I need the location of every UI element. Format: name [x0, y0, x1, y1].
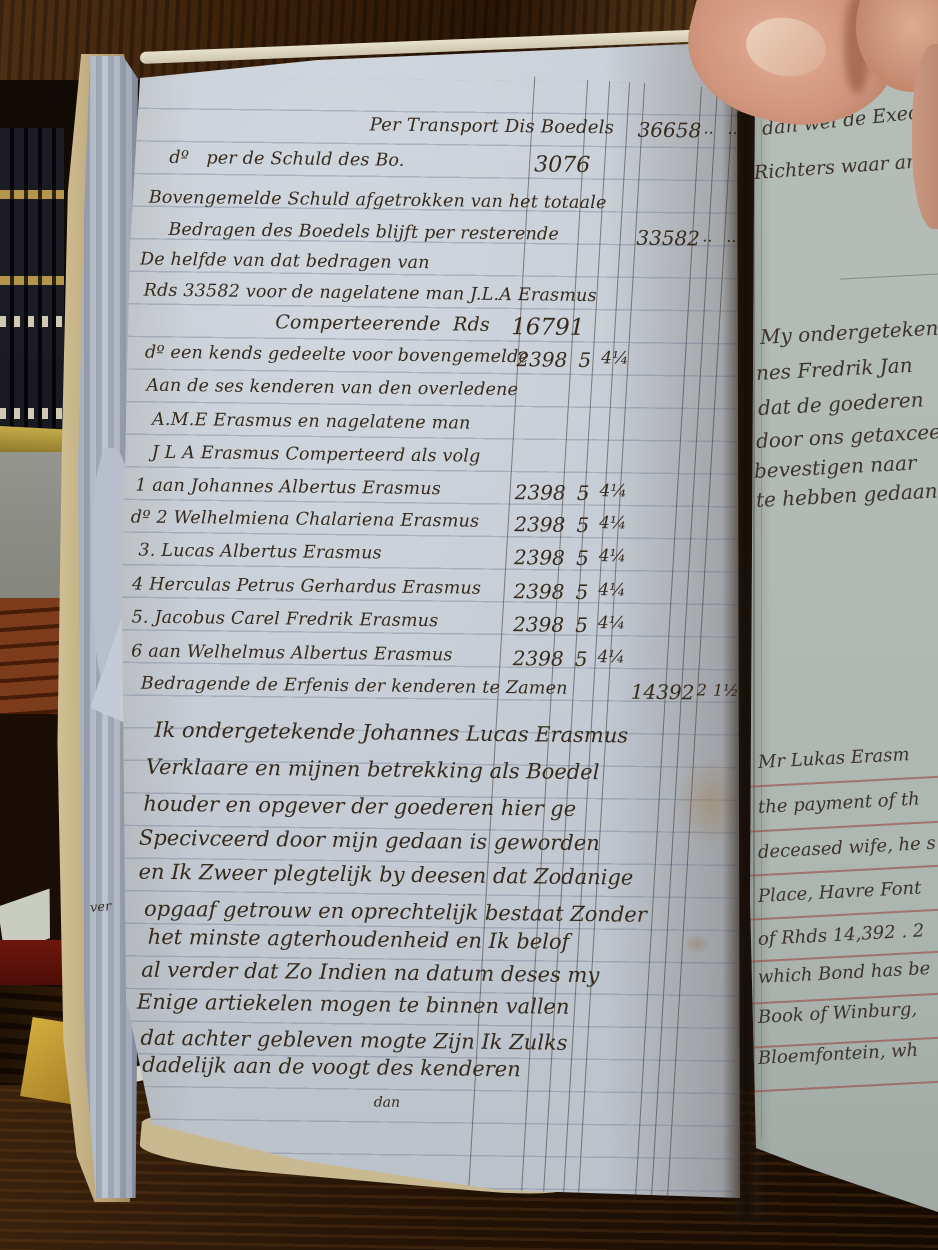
- red-rule: [744, 821, 938, 833]
- row-text: dº 2 Welhelmiena Chalariena Erasmus: [131, 507, 480, 531]
- declaration-line: en Ik Zweer plegtelijk by deesen dat Zod…: [138, 860, 633, 890]
- ledger-book-photo: ver Per Transport Dis Boedels 36658 .. .…: [0, 0, 938, 1250]
- row-text: Bedragende de Erfenis der kenderen te Za…: [141, 674, 568, 699]
- amount-rds: 2398: [508, 545, 570, 570]
- row-text: Comperteerende Rds: [275, 311, 490, 336]
- ledger-row: 1 aan Johannes Albertus Erasmus 2398 5 4…: [113, 475, 735, 513]
- right-page-text: te hebben gedaan: [755, 479, 938, 512]
- row-text: J L A Erasmus Comperteerd als volg: [152, 443, 481, 467]
- row-text: 1 aan Johannes Albertus Erasmus: [135, 476, 441, 500]
- row-text: 3. Lucas Albertus Erasmus: [138, 541, 382, 564]
- ledger-row: 4 Herculas Petrus Gerhardus Erasmus 2398…: [112, 574, 734, 612]
- ledger-row: Per Transport Dis Boedels 36658 .. ..: [117, 111, 739, 149]
- declaration-line: al verder dat Zo Indien na datum deses m…: [141, 958, 599, 988]
- left-ledger-page: Per Transport Dis Boedels 36658 .. .. dº…: [118, 38, 740, 1206]
- total-s: 2: [694, 680, 710, 699]
- total-rds: 14392: [631, 680, 693, 705]
- ledger-row: dº 2 Welhelmiena Chalariena Erasmus 2398…: [113, 507, 735, 545]
- amount-rds: 3076: [531, 152, 593, 178]
- row-text: Bedragen des Boedels blijft per resteren…: [168, 220, 559, 245]
- right-page-text: My ondergeteken: [759, 316, 938, 349]
- row-text: 6 aan Welhelmus Albertus Erasmus: [131, 641, 453, 665]
- right-page-text: door ons getaxcee: [755, 419, 938, 453]
- amount-rds: 2398: [507, 612, 569, 637]
- amount-rds: 2398: [509, 512, 571, 537]
- right-page-text: bevestigen naar: [753, 451, 917, 483]
- row-text: dº per de Schuld des Bo.: [169, 148, 405, 171]
- english-note-line: Place, Havre Font: [757, 877, 921, 907]
- amount-d: 4¼: [594, 546, 630, 566]
- english-note-line: Book of Winburg,: [757, 999, 917, 1028]
- ledger-row: Bovengemelde Schuld afgetrokken van het …: [117, 187, 739, 225]
- declaration-line: Specivceerd door mijn gedaan is geworden: [139, 826, 600, 856]
- english-note-line: which Bond has be: [757, 958, 930, 988]
- amount-d: 4¼: [593, 647, 629, 667]
- red-rule: [744, 909, 938, 921]
- wood-slats: [0, 598, 68, 718]
- wall-area: [0, 452, 64, 602]
- amount-rds: 2398: [508, 579, 570, 604]
- book-spines-row: [0, 128, 64, 360]
- declaration-line: Verklaare en mijnen betrekking als Boede…: [146, 755, 600, 785]
- ledger-row: 6 aan Welhelmus Albertus Erasmus 2398 5 …: [111, 641, 733, 679]
- english-note-line: the payment of th: [757, 789, 920, 818]
- amount-s: 5: [571, 481, 595, 505]
- ledger-row: 5. Jacobus Carel Fredrik Erasmus 2398 5 …: [111, 607, 733, 645]
- amount-rds: 2398: [507, 646, 569, 671]
- ledger-row: Comperteerende Rds 16791: [115, 309, 737, 347]
- declaration-line: opgaaf getrouw en oprechtelijk bestaat Z…: [144, 897, 647, 927]
- margin-note: ver: [89, 899, 111, 916]
- spine-gold-band: [0, 190, 64, 199]
- ledger-row: dº per de Schuld des Bo. 3076: [117, 147, 739, 185]
- row-text: 4 Herculas Petrus Gerhardus Erasmus: [132, 574, 481, 598]
- amount-s: 5: [571, 513, 595, 537]
- row-text: Per Transport Dis Boedels: [370, 114, 615, 138]
- amount-s: 5: [570, 546, 594, 570]
- row-text: 5. Jacobus Carel Fredrik Erasmus: [132, 607, 439, 631]
- english-note-line: Mr Lukas Erasm: [757, 744, 910, 773]
- red-rule: [744, 1081, 938, 1093]
- book-spines-row: [0, 358, 64, 428]
- declaration-line: dadelijk aan de voogt des kenderen: [142, 1053, 521, 1082]
- amount-s: 5: [573, 348, 597, 372]
- declaration-line: houder en opgever der goederen hier ge: [143, 792, 576, 821]
- english-note-line: deceased wife, he s: [757, 833, 936, 863]
- hand-fingers: [676, 0, 938, 274]
- right-page-text: nes Fredrik Jan: [755, 353, 913, 385]
- row-text: A.M.E Erasmus en nagelatene man: [152, 410, 471, 434]
- amount-rds: 2398: [511, 347, 573, 372]
- ledger-row: Bedragende de Erfenis der kenderen te Za…: [111, 673, 733, 711]
- declaration-line: het minste agterhoudenheid en Ik belof: [148, 925, 570, 954]
- spine-label-dots: [0, 408, 64, 419]
- handwritten-content: Per Transport Dis Boedels 36658 .. .. dº…: [104, 37, 740, 1213]
- amount-d: 4¼: [594, 580, 630, 600]
- amount-rds: 2398: [509, 480, 571, 505]
- amount-s: 5: [569, 647, 593, 671]
- pencil-rule: [840, 273, 938, 279]
- ledger-row: Aan de ses kenderen van den overledene: [114, 375, 736, 413]
- row-text: Rds 33582 voor de nagelatene man J.L.A E…: [144, 281, 597, 307]
- amount-d: 4¼: [593, 613, 629, 633]
- red-rule: [744, 776, 938, 788]
- spine-label-dots: [0, 316, 64, 327]
- ledger-row: A.M.E Erasmus en nagelatene man: [114, 409, 736, 447]
- red-rule: [744, 865, 938, 877]
- spine-gold-band: [0, 276, 64, 285]
- row-text: Bovengemelde Schuld afgetrokken van het …: [149, 188, 607, 214]
- amount-s: 5: [569, 613, 593, 637]
- ledger-row: dº een kends gedeelte voor bovengemelde …: [115, 342, 737, 380]
- amount-d: 4¼: [595, 481, 631, 501]
- row-text: De helfde van dat bedragen van: [140, 250, 430, 274]
- row-text: Aan de ses kenderen van den overledene: [146, 376, 518, 401]
- amount-s: 5: [570, 580, 594, 604]
- declaration-line: Enige artiekelen mogen te binnen vallen: [137, 990, 570, 1019]
- ledger-row: 3. Lucas Albertus Erasmus 2398 5 4¼: [112, 540, 734, 578]
- declaration-line: dat achter gebleven mogte Zijn Ik Zulks: [140, 1026, 567, 1055]
- ledger-row: J L A Erasmus Comperteerd als volg: [113, 442, 735, 480]
- amount-rds: 16791: [511, 314, 573, 341]
- declaration-line: Ik ondergetekende Johannes Lucas Erasmus: [154, 718, 628, 748]
- catchword: dan: [374, 1094, 401, 1110]
- row-text: dº een kends gedeelte voor bovengemelde: [145, 343, 529, 368]
- amount-d: 4¼: [595, 513, 631, 533]
- amount-d: 4¼: [597, 348, 633, 368]
- right-page-text: dat de goederen: [757, 387, 924, 420]
- english-note-line: of Rhds 14,392 . 2: [757, 920, 924, 950]
